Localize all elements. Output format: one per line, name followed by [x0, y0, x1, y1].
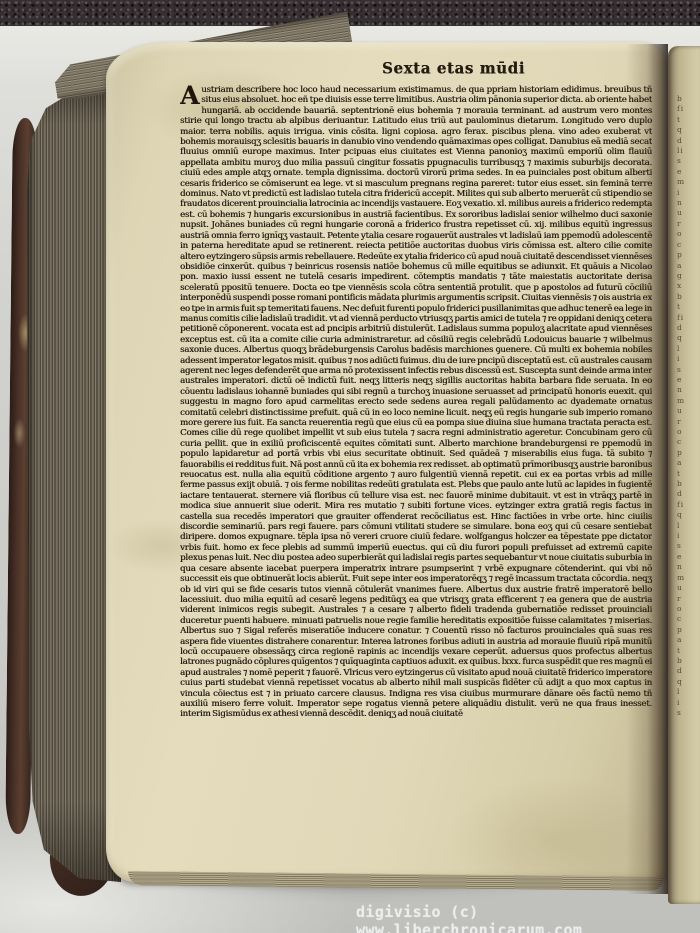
- facing-page: b fi t q d li s e m i n u r o c p a g x …: [668, 46, 700, 904]
- book-photo: Sexta etas mūdi Austriam describere hoc …: [0, 0, 700, 933]
- page-heading: Sexta etas mūdi: [382, 58, 525, 77]
- facing-page-text-fragments: b fi t q d li s e m i n u r o c p a g x …: [677, 94, 700, 719]
- text-block: Austriam describere hoc loco haud necess…: [180, 85, 652, 797]
- body-text: ustriam describere hoc loco haud necessa…: [180, 85, 652, 719]
- drop-cap-initial: A: [180, 85, 201, 106]
- watermark-text: digivisio (c) www.liberchronicarum.com: [356, 903, 700, 933]
- gutter-shadow: [626, 44, 668, 894]
